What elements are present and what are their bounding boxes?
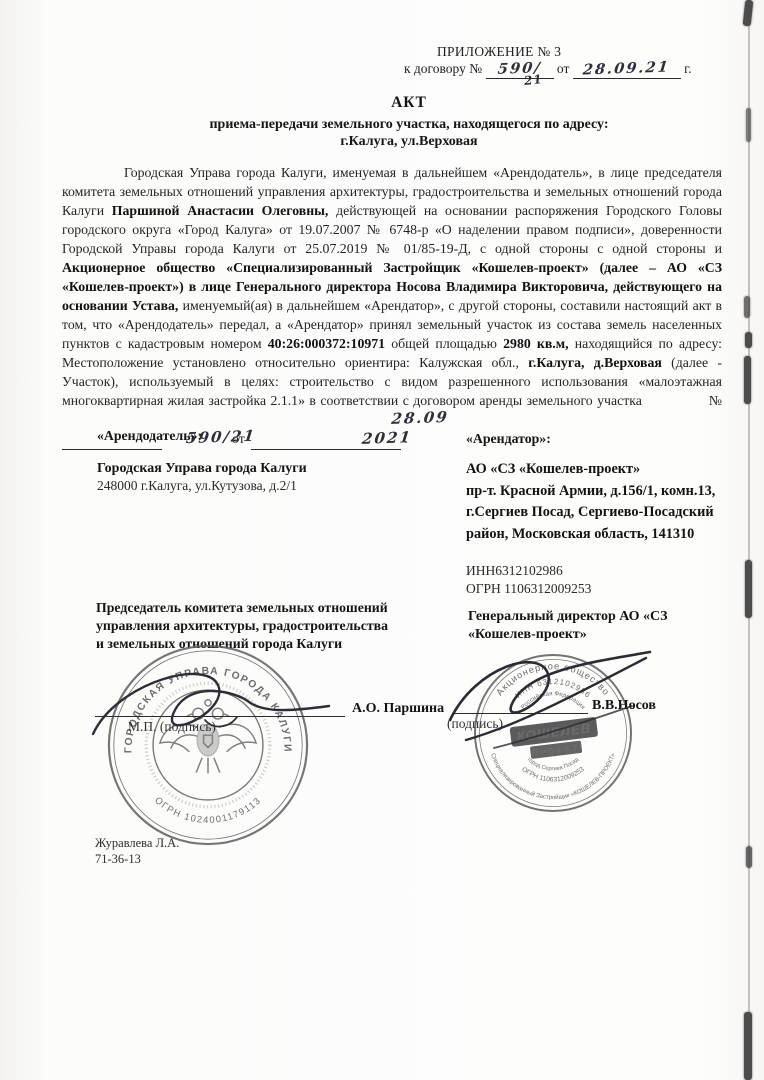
contract-number-blank: 590/21	[486, 60, 554, 79]
contract-date-blank: 28.09.21	[573, 60, 681, 79]
scan-edge-artifact	[745, 332, 752, 348]
contract-ot: от	[557, 61, 569, 76]
landlord-address: 248000 г.Калуга, ул.Кутузова, д.2/1	[97, 478, 427, 494]
appendix-label: ПРИЛОЖЕНИЕ № 3	[437, 44, 561, 60]
scan-edge-artifact	[743, 0, 754, 26]
tenant-inn: ИНН6312102986	[466, 562, 734, 580]
contract-number-sub-handwritten: 21	[523, 72, 543, 88]
document-title: АКТ	[95, 94, 723, 112]
scan-edge-artifact	[746, 108, 751, 142]
executor-phone: 71-36-13	[95, 851, 179, 867]
tenant-handwritten-signature	[436, 640, 671, 765]
executor-name: Журавлева Л.А.	[95, 835, 179, 851]
contract-date-handwritten: 28.09.21	[582, 58, 671, 78]
scan-edge-artifact	[745, 560, 752, 618]
tenant-ogrn: ОГРН 1106312009253	[466, 580, 734, 598]
document-subtitle-1: приема-передачи земельного участка, нахо…	[95, 117, 723, 134]
contract-prefix: к договору №	[404, 61, 482, 76]
landlord-handwritten-signature	[85, 652, 365, 767]
scanned-document-page: ПРИЛОЖЕНИЕ № 3 к договору № 590/21 от 28…	[0, 0, 764, 1080]
scan-edge-artifact	[744, 296, 750, 318]
landlord-block: «Арендодатель»: Городская Управа города …	[97, 428, 427, 494]
tenant-block: «Арендатор»: АО «СЗ «Кошелев-проект»пр-т…	[466, 431, 734, 597]
tenant-signatory-title: Генеральный директор АО «СЗ «Кошелев-про…	[468, 608, 724, 644]
tenant-role-label: «Арендатор»:	[466, 431, 734, 447]
body-text-segments: Городская Управа города Калуги, именуема…	[62, 165, 722, 408]
landlord-signatory-name: А.О. Паршина	[352, 701, 444, 717]
executor-block: Журавлева Л.А. 71-36-13	[95, 835, 179, 867]
landlord-role-label: «Арендодатель»:	[97, 428, 427, 444]
landlord-name: Городская Управа города Калуги	[97, 461, 427, 477]
title-block: АКТ приема-передачи земельного участка, …	[95, 94, 723, 150]
tenant-ids: ИНН6312102986 ОГРН 1106312009253	[466, 562, 734, 597]
scan-edge-artifact	[746, 846, 752, 868]
scan-edge-line	[748, 0, 750, 1080]
scan-edge-artifact	[744, 1012, 752, 1080]
tenant-name-address: АО «СЗ «Кошелев-проект»пр-т. Красной Арм…	[466, 459, 734, 545]
scan-edge-artifact	[744, 356, 751, 404]
body-paragraph: Городская Управа города Калуги, именуема…	[62, 163, 722, 450]
contract-reference-line: к договору № 590/21 от 28.09.21 г.	[404, 60, 692, 79]
lease-number-label: №	[708, 393, 722, 408]
contract-suffix: г.	[684, 61, 691, 76]
document-subtitle-2: г.Калуга, ул.Верховая	[95, 134, 723, 151]
